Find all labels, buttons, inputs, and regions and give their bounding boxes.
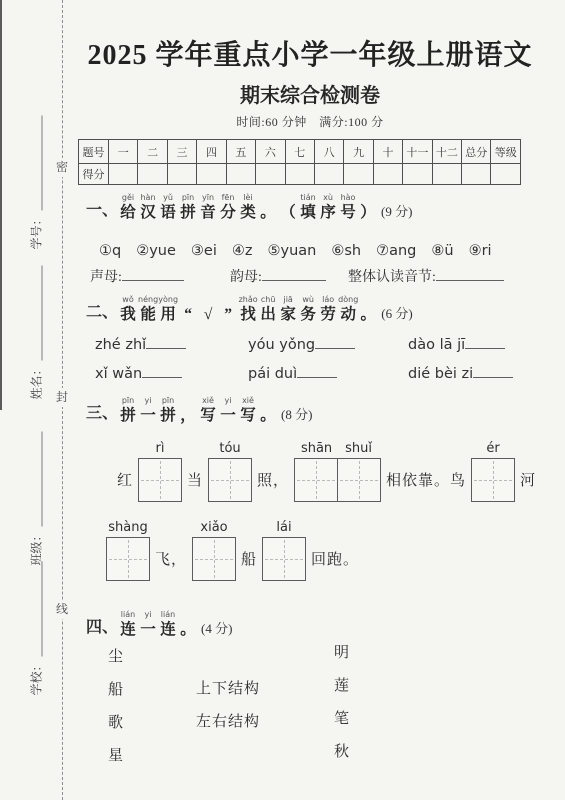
grid-pinyin-label: tóu (209, 441, 251, 458)
header-char-hanzi: 一 (220, 406, 236, 425)
time-score-info: 时间:60 分钟 满分:100 分 (80, 113, 540, 130)
initials-answer-line[interactable] (122, 268, 184, 281)
header-char: wǒ我 (118, 295, 138, 324)
score-cell[interactable] (344, 164, 373, 185)
header-char: xiě写 (198, 396, 218, 425)
sentence-line-1: 红rì当tóu照，shānshuǐ相依靠。鸟ér河 (117, 441, 536, 502)
writing-grid[interactable] (294, 458, 338, 502)
header-char: （ (278, 193, 298, 222)
header-char-hanzi: 写 (200, 406, 216, 425)
whole-syllable-blank-item: 整体认读音节: (348, 266, 504, 286)
score-cell[interactable] (373, 164, 402, 185)
check-answer-line[interactable] (142, 366, 182, 378)
section-score: (4 分) (201, 619, 232, 639)
grid-pinyin-row: xiǎo (193, 520, 235, 537)
sentence-line-2: shàng飞，xiǎo船lái回跑。 (106, 520, 359, 581)
header-char-pinyin (187, 295, 190, 305)
grid-pinyin-label: lái (263, 520, 305, 537)
initials-label: 声母: (90, 270, 122, 285)
score-col-header: 四 (197, 140, 226, 164)
header-char-hanzi: “ (184, 305, 192, 324)
pinyin-item: dié bèi zi (408, 366, 513, 382)
score-col-header: 等级 (491, 140, 521, 164)
header-char: xù序 (318, 193, 338, 222)
header-char-pinyin: yi (145, 610, 152, 620)
option-item: ⑨ri (469, 243, 492, 259)
header-char-pinyin (367, 295, 370, 305)
header-char: láo劳 (318, 295, 338, 324)
option-item: ⑦ang (376, 243, 416, 259)
section-score: (8 分) (281, 405, 312, 425)
header-char-pinyin: yi (145, 396, 152, 406)
grid-pinyin-label: xiǎo (193, 520, 235, 537)
header-char-pinyin: yǔ (163, 193, 173, 203)
header-char: 。 (358, 295, 378, 324)
section-3-header: 三、pīn拼yi一pīn拼 ，xiě写yi一xiě写 。(8 分) (86, 396, 312, 425)
grid-pinyin-row: rì (139, 441, 181, 458)
header-char-pinyin: wǒ (122, 295, 133, 305)
whole-syllable-answer-line[interactable] (436, 268, 504, 281)
score-cell[interactable] (167, 164, 196, 185)
finals-label: 韵母: (230, 270, 262, 285)
header-char-pinyin (207, 295, 210, 305)
header-char-pinyin: pīn (122, 396, 134, 406)
header-char-hanzi: 音 (200, 203, 216, 222)
name-blank[interactable] (31, 265, 42, 360)
whole-syllable-label: 整体认读音节: (348, 270, 436, 285)
option-item: ④z (232, 243, 253, 259)
option-item: ③ei (191, 243, 217, 259)
score-col-header: 十 (373, 140, 402, 164)
match-item-right[interactable]: 明 (334, 637, 350, 670)
pinyin-item-text: dié bèi zi (408, 366, 473, 382)
header-char-pinyin: xù (323, 193, 333, 203)
header-char-pinyin: xiě (202, 396, 214, 406)
match-structure-label[interactable]: 上下结构 (196, 673, 260, 706)
header-char-hanzi: √ (204, 305, 213, 324)
header-char-hanzi: 能 (140, 305, 156, 324)
grid-pinyin-label: shuǐ (338, 441, 380, 458)
pinyin-item-text: pái duì (248, 366, 297, 382)
header-char: “ (178, 295, 198, 324)
grid-pinyin-row: lái (263, 520, 305, 537)
header-char-hanzi: 拼 (160, 406, 176, 425)
pinyin-item: zhé zhǐ (95, 337, 186, 353)
section-1-header: 一、gěi给hàn汉yǔ语pīn拼yīn音fēn分lèi类 。 （tián填xù… (86, 193, 412, 222)
header-char-pinyin: pīn (182, 193, 194, 203)
score-cell[interactable] (109, 164, 138, 185)
grid-pinyin-label: rì (139, 441, 181, 458)
seal-char-mi: 密 (55, 158, 69, 177)
header-char: yi一 (138, 610, 158, 639)
writing-grid[interactable] (138, 458, 182, 502)
score-col-header: 十二 (432, 140, 461, 164)
school-blank[interactable] (31, 561, 42, 656)
writing-grid[interactable] (208, 458, 252, 502)
section-4-header: 四、lián连yi一lián连 。(4 分) (86, 610, 232, 639)
sentence-text: 当 (187, 472, 203, 490)
header-char-hanzi: 号 (340, 203, 356, 222)
header-char: wù务 (298, 295, 318, 324)
header-char-pinyin (227, 295, 230, 305)
pinyin-item-text: xǐ wǎn (95, 366, 142, 382)
header-char-pinyin: wù (302, 295, 314, 305)
match-item-right[interactable]: 莲 (334, 670, 350, 703)
header-char: 。 (258, 396, 278, 425)
pinyin-item-text: dào lā jī (408, 337, 465, 353)
header-char: yòng用 (158, 295, 178, 324)
school-label: 学校： (28, 521, 46, 696)
header-char-hanzi: 写 (240, 406, 256, 425)
header-char: yīn音 (198, 193, 218, 222)
header-char-hanzi: 。 (180, 620, 196, 639)
header-char-hanzi: 。 (361, 305, 377, 324)
header-char-pinyin: yi (225, 396, 232, 406)
header-char: xiě写 (238, 396, 258, 425)
header-char: lèi类 (238, 193, 258, 222)
grid-pinyin-label: ér (472, 441, 514, 458)
header-char-pinyin: xiě (242, 396, 254, 406)
grid-pinyin-label: shān (296, 441, 338, 458)
pinyin-item: yóu yǒng (248, 337, 355, 353)
section-number: 一、 (86, 201, 118, 222)
match-item-right[interactable]: 笔 (334, 703, 350, 736)
header-char: ， (178, 396, 198, 425)
header-char: gěi给 (118, 193, 138, 222)
header-char-pinyin (187, 610, 190, 620)
score-col-header: 八 (314, 140, 343, 164)
writing-grid[interactable] (471, 458, 515, 502)
header-char-pinyin: chū (261, 295, 276, 305)
header-char-hanzi: ” (224, 305, 232, 324)
header-char-pinyin: fēn (222, 193, 235, 203)
grid-box-row (138, 458, 182, 502)
grid-pinyin-row: shàng (107, 520, 149, 537)
header-char-hanzi: 。 (260, 203, 276, 222)
header-char-hanzi: 填 (300, 203, 316, 222)
scan-edge-artifact (0, 0, 2, 410)
grid-box-row (262, 537, 306, 581)
header-char: ） (358, 193, 378, 222)
section-number: 三、 (86, 404, 118, 425)
score-col-header: 十一 (403, 140, 432, 164)
seal-char-xian: 线 (55, 600, 69, 619)
header-char-hanzi: ） (360, 203, 376, 222)
score-table: 题号一二三四五六七八九十十一十二总分等级得分 (78, 139, 521, 185)
name-label: 姓名： (28, 225, 46, 400)
score-cell[interactable] (285, 164, 314, 185)
header-char-hanzi: （ (280, 203, 296, 222)
section-number: 二、 (86, 303, 118, 324)
header-char: yi一 (138, 396, 158, 425)
section-score: (6 分) (381, 304, 412, 324)
sentence-text: 回跑。 (311, 551, 359, 569)
header-char-hanzi: 一 (140, 620, 156, 639)
option-item: ②yue (136, 243, 176, 259)
header-char-pinyin: tián (300, 193, 315, 203)
header-char-pinyin (267, 396, 270, 406)
sentence-text: 飞， (155, 551, 187, 569)
page-subtitle: 期末综合检测卷 (80, 79, 540, 108)
check-answer-line[interactable] (315, 337, 355, 349)
option-item: ①q (99, 243, 121, 259)
sentence-text: 船 (241, 551, 257, 569)
header-char: hàn汉 (138, 193, 158, 222)
section-score: (9 分) (381, 202, 412, 222)
score-cell[interactable] (403, 164, 432, 185)
score-table-corner: 题号 (79, 140, 109, 164)
header-char-pinyin: dòng (338, 295, 358, 305)
writing-grid-group: ér (471, 441, 515, 502)
sentence-text: 红 (117, 472, 133, 490)
option-item: ⑧ü (431, 243, 453, 259)
class-blank[interactable] (31, 431, 42, 526)
header-char-pinyin: pīn (162, 396, 174, 406)
header-char: 。 (258, 193, 278, 222)
header-char-pinyin: zhǎo (239, 295, 258, 305)
finals-answer-line[interactable] (262, 268, 326, 281)
page-title: 2025 学年重点小学一年级上册语文 (80, 33, 540, 73)
header-char-hanzi: 连 (160, 620, 176, 639)
header-char-pinyin (267, 193, 270, 203)
header-char: jiā家 (278, 295, 298, 324)
check-answer-line[interactable] (146, 337, 186, 349)
pinyin-item: xǐ wǎn (95, 366, 182, 382)
header-char: zhǎo找 (238, 295, 258, 324)
header-char: yǔ语 (158, 193, 178, 222)
score-col-header: 五 (226, 140, 255, 164)
header-char-hanzi: 家 (280, 305, 296, 324)
score-row-label: 得分 (79, 164, 109, 185)
grid-pinyin-label: shàng (107, 520, 149, 537)
header-char-pinyin: yòng (158, 295, 178, 305)
grid-pinyin-row: tóu (209, 441, 251, 458)
header-char-pinyin (367, 193, 370, 203)
writing-grid-group: lái (262, 520, 306, 581)
header-char-pinyin: lián (121, 610, 135, 620)
pinyin-item: pái duì (248, 366, 337, 382)
option-item: ⑥sh (331, 243, 361, 259)
score-cell[interactable] (314, 164, 343, 185)
grid-box-row (294, 458, 381, 502)
header-char-hanzi: 序 (320, 203, 336, 222)
header-char-pinyin: hào (341, 193, 356, 203)
header-char-hanzi: ， (180, 406, 196, 425)
match-middle-column: 上下结构左右结构 (196, 673, 260, 739)
header-char: néng能 (138, 295, 158, 324)
header-char-pinyin: gěi (122, 193, 134, 203)
sentence-text: 相依靠。鸟 (386, 472, 466, 490)
header-char: chū出 (258, 295, 278, 324)
header-char: pīn拼 (178, 193, 198, 222)
header-char-hanzi: 劳 (320, 305, 336, 324)
header-char-hanzi: 拼 (180, 203, 196, 222)
match-item-left[interactable]: 星 (108, 740, 124, 773)
grid-pinyin-row: shānshuǐ (296, 441, 380, 458)
header-char-hanzi: 拼 (120, 406, 136, 425)
header-char-hanzi: 出 (260, 305, 276, 324)
sentence-text: 照， (257, 472, 289, 490)
score-col-header: 一 (109, 140, 138, 164)
header-char-hanzi: 连 (120, 620, 136, 639)
seal-char-feng: 封 (55, 388, 69, 407)
header-char-pinyin: láo (322, 295, 334, 305)
header-char-hanzi: 务 (300, 305, 316, 324)
header-char-pinyin: yīn (202, 193, 214, 203)
header-char-hanzi: 语 (160, 203, 176, 222)
score-cell[interactable] (256, 164, 285, 185)
writing-grid-group: shānshuǐ (294, 441, 381, 502)
header-char-hanzi: 分 (220, 203, 236, 222)
writing-grid[interactable] (106, 537, 150, 581)
header-char: tián填 (298, 193, 318, 222)
score-cell[interactable] (491, 164, 521, 185)
score-cell[interactable] (226, 164, 255, 185)
header-char-pinyin (187, 396, 190, 406)
score-col-header: 总分 (462, 140, 491, 164)
header-char: pīn拼 (158, 396, 178, 425)
grid-box-row (208, 458, 252, 502)
header-char: yi一 (218, 396, 238, 425)
check-answer-line[interactable] (297, 366, 337, 378)
student-number-label: 学号： (28, 75, 46, 250)
header-char-pinyin: lèi (243, 193, 252, 203)
header-char: ” (218, 295, 238, 324)
match-item-left[interactable]: 船 (108, 674, 124, 707)
pinyin-options-row: ①q②yue③ei④z⑤yuan⑥sh⑦ang⑧ü⑨ri (99, 243, 492, 259)
writing-grid-group: shàng (106, 520, 150, 581)
score-col-header: 三 (167, 140, 196, 164)
score-col-header: 二 (138, 140, 167, 164)
header-char: lián连 (118, 610, 138, 639)
writing-grid-group: tóu (208, 441, 252, 502)
match-left-column: 尘船歌星 (108, 641, 124, 773)
grid-box-row (106, 537, 150, 581)
score-cell[interactable] (432, 164, 461, 185)
header-char: hào号 (338, 193, 358, 222)
match-item-left[interactable]: 尘 (108, 641, 124, 674)
school-text: 学校： (28, 659, 46, 695)
writing-grid[interactable] (262, 537, 306, 581)
match-structure-label[interactable]: 左右结构 (196, 706, 260, 739)
section-number: 四、 (86, 618, 118, 639)
header-char: fēn分 (218, 193, 238, 222)
header-char-hanzi: 找 (240, 305, 256, 324)
initials-blank-item: 声母: (90, 266, 184, 286)
writing-grid[interactable] (192, 537, 236, 581)
finals-blank-item: 韵母: (230, 266, 326, 286)
header-char-hanzi: 动 (340, 305, 356, 324)
writing-grid[interactable] (338, 458, 381, 502)
grid-pinyin-row: ér (472, 441, 514, 458)
header-char-pinyin: néng (138, 295, 158, 305)
header-char-hanzi: 汉 (140, 203, 156, 222)
header-char-hanzi: 给 (120, 203, 136, 222)
score-cell[interactable] (462, 164, 491, 185)
writing-grid-group: rì (138, 441, 182, 502)
header-char: pīn拼 (118, 396, 138, 425)
pinyin-item-text: yóu yǒng (248, 337, 315, 353)
score-cell[interactable] (197, 164, 226, 185)
score-col-header: 七 (285, 140, 314, 164)
header-char: lián连 (158, 610, 178, 639)
pinyin-item-text: zhé zhǐ (95, 337, 146, 353)
score-cell[interactable] (138, 164, 167, 185)
match-item-left[interactable]: 歌 (108, 707, 124, 740)
header-char-pinyin: lián (161, 610, 175, 620)
match-item-right[interactable]: 秋 (334, 736, 350, 769)
header-char-hanzi: 我 (120, 305, 136, 324)
header-char: √ (198, 295, 218, 324)
section-2-header: 二、wǒ我néng能yòng用 “ √ ”zhǎo找chū出jiā家wù务láo… (86, 295, 413, 324)
check-answer-line[interactable] (473, 366, 513, 378)
pinyin-item: dào lā jī (408, 337, 505, 353)
grid-box-row (192, 537, 236, 581)
score-col-header: 六 (256, 140, 285, 164)
header-char-hanzi: 用 (160, 305, 176, 324)
header-char-hanzi: 一 (140, 406, 156, 425)
grid-box-row (471, 458, 515, 502)
check-answer-line[interactable] (465, 337, 505, 349)
student-number-blank[interactable] (31, 115, 42, 210)
header-char-pinyin (287, 193, 290, 203)
header-char-hanzi: 。 (260, 406, 276, 425)
score-col-header: 九 (344, 140, 373, 164)
header-char-hanzi: 类 (240, 203, 256, 222)
sentence-text: 河 (520, 472, 536, 490)
header-char-pinyin: hàn (140, 193, 155, 203)
option-item: ⑤yuan (267, 243, 316, 259)
writing-grid-group: xiǎo (192, 520, 236, 581)
header-char: dòng动 (338, 295, 358, 324)
header-char: 。 (178, 610, 198, 639)
header-char-pinyin: jiā (283, 295, 292, 305)
match-right-column: 明莲笔秋 (334, 637, 350, 769)
